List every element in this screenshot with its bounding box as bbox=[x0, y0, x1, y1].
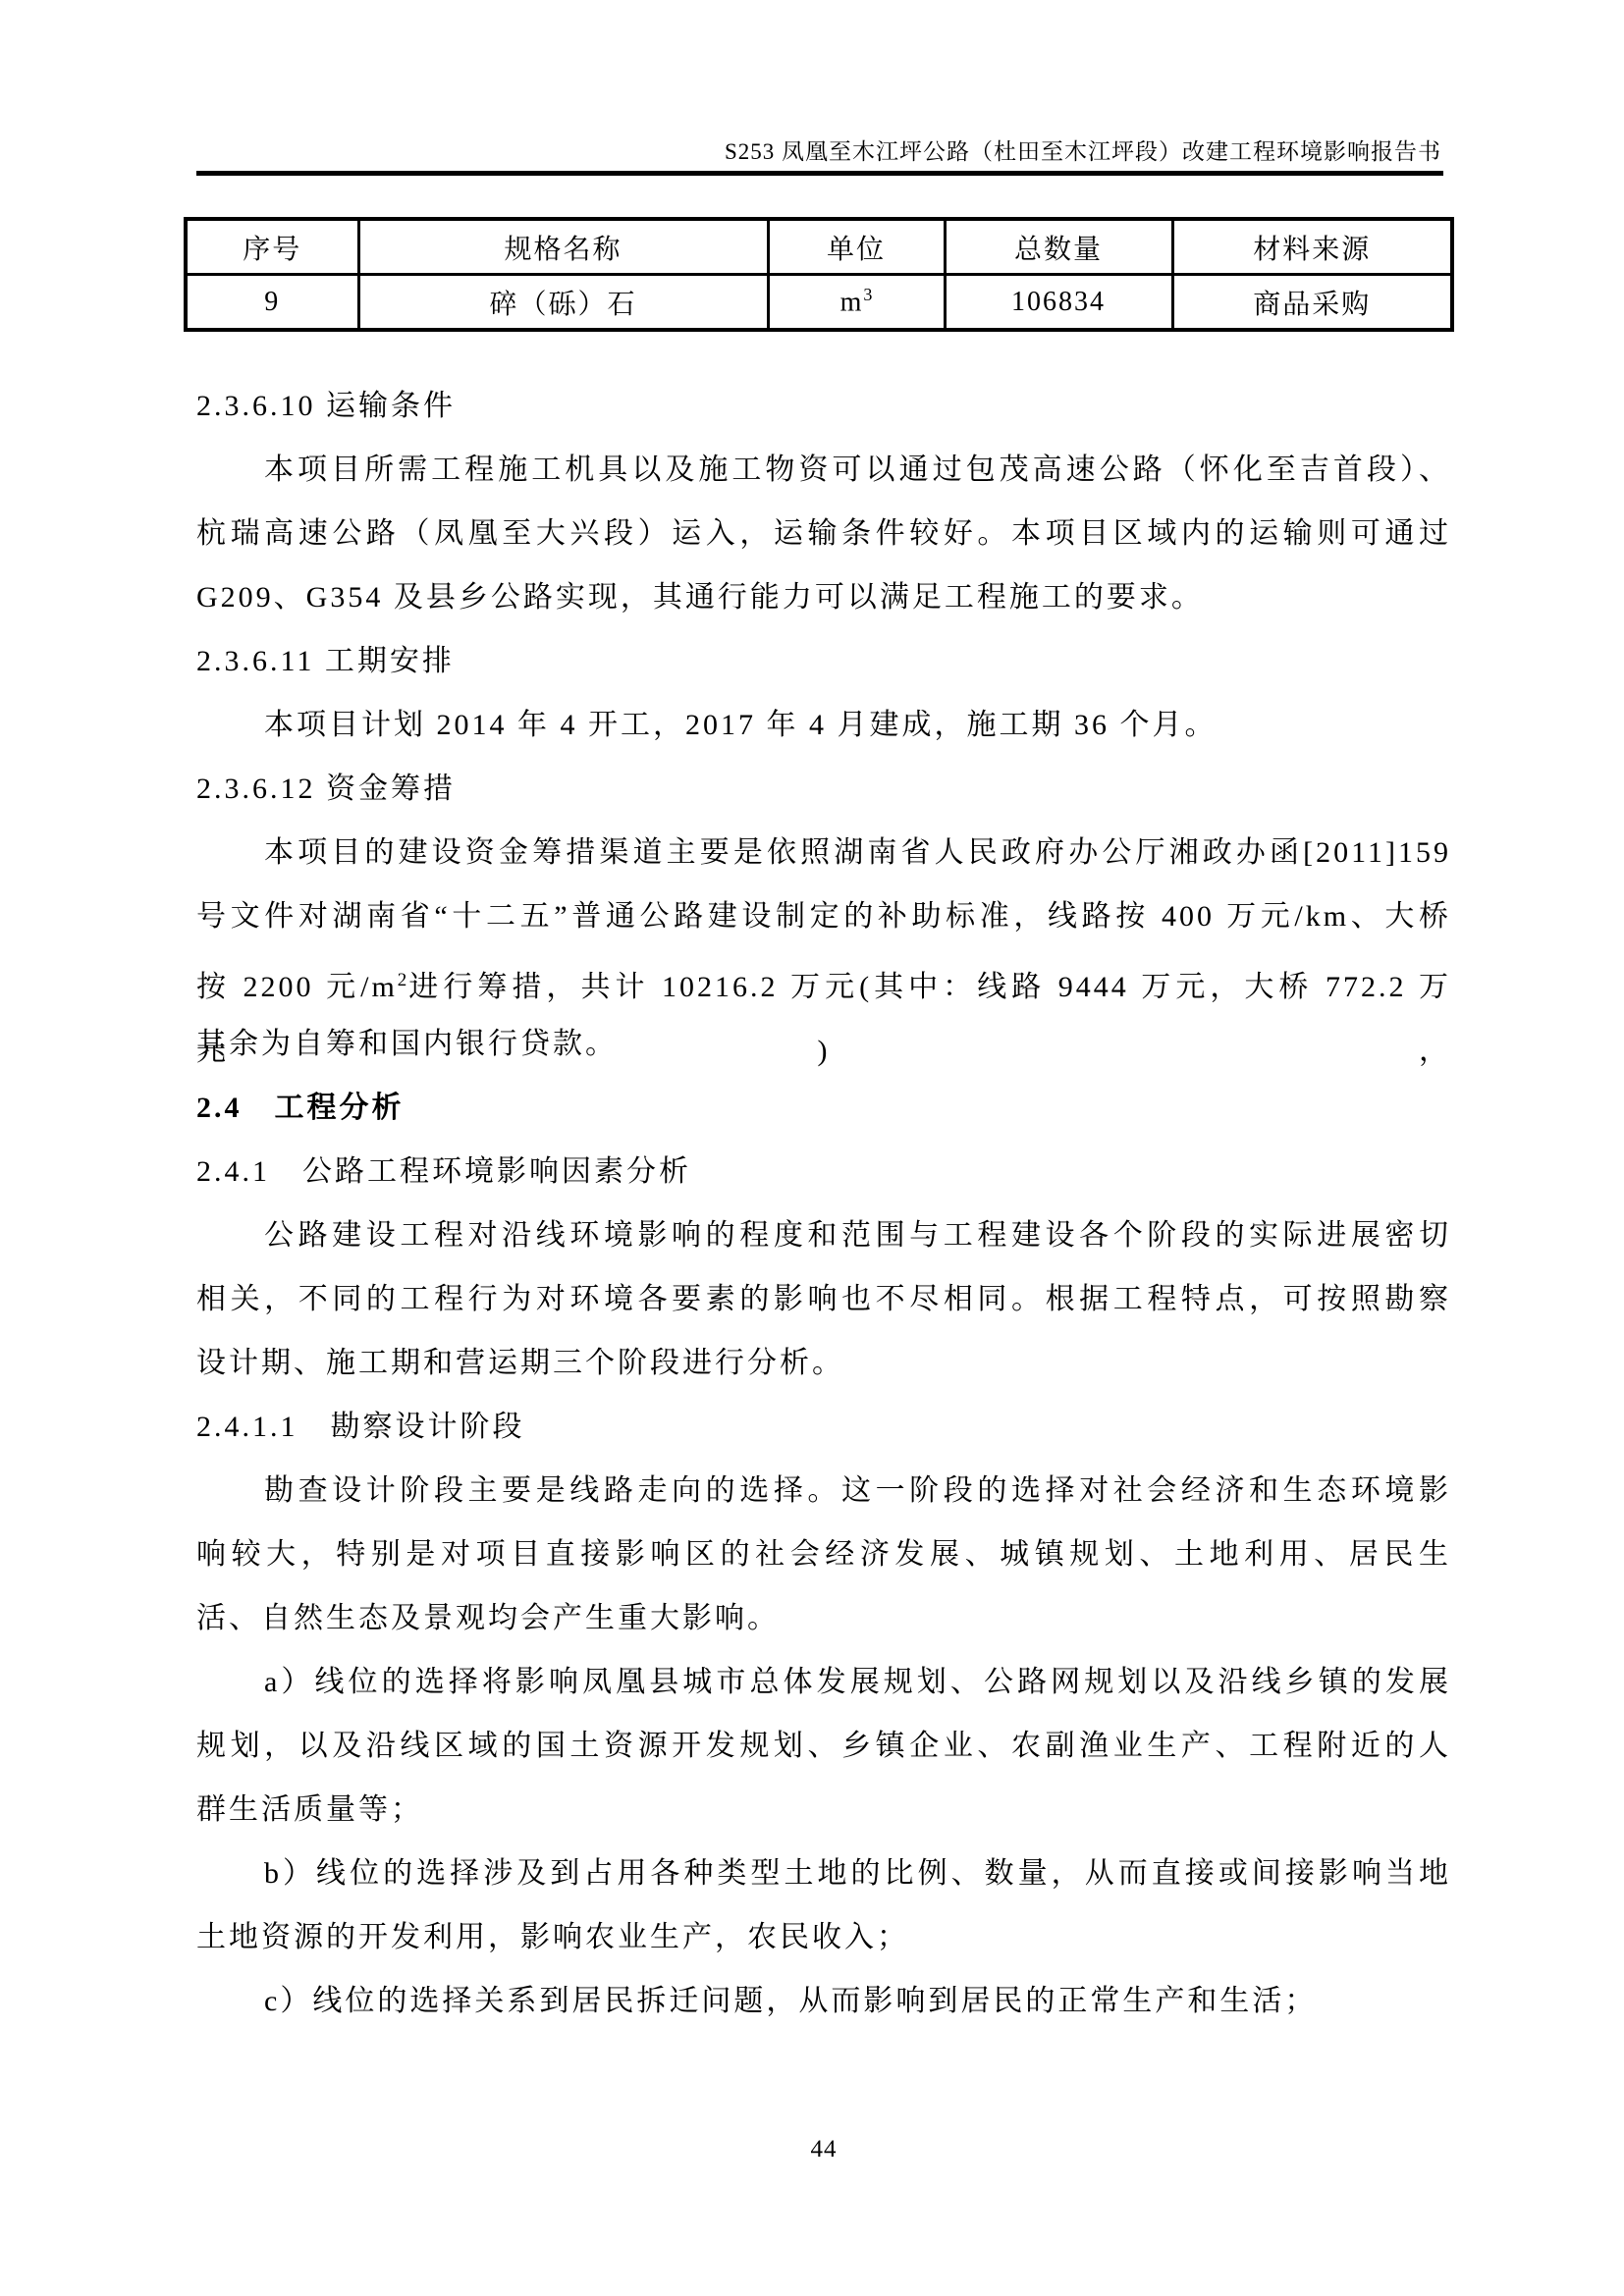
paragraph-line: 号文件对湖南省“十二五”普通公路建设制定的补助标准，线路按 400 万元/km、… bbox=[196, 884, 1451, 948]
list-item-b-line: b）线位的选择涉及到占用各种类型土地的比例、数量，从而直接或间接影响当地 bbox=[196, 1842, 1451, 1905]
cell-index: 9 bbox=[186, 275, 358, 331]
paragraph-line: 响较大，特别是对项目直接影响区的社会经济发展、城镇规划、土地利用、居民生 bbox=[196, 1522, 1451, 1586]
cell-quantity: 106834 bbox=[945, 275, 1172, 331]
list-item-c-line: c）线位的选择关系到居民拆迁问题，从而影响到居民的正常生产和生活； bbox=[196, 1969, 1451, 2033]
page-number: 44 bbox=[196, 2136, 1451, 2163]
paragraph-line: G209、G354 及县乡公路实现，其通行能力可以满足工程施工的要求。 bbox=[196, 565, 1451, 629]
paragraph-line: 勘查设计阶段主要是线路走向的选择。这一阶段的选择对社会经济和生态环境影 bbox=[196, 1459, 1451, 1522]
unit-base: m bbox=[840, 288, 864, 318]
paragraph-line: 相关，不同的工程行为对环境各要素的影响也不尽相同。根据工程特点，可按照勘察 bbox=[196, 1267, 1451, 1331]
unit-superscript: 3 bbox=[863, 285, 872, 304]
col-header-unit: 单位 bbox=[768, 219, 945, 275]
col-header-material-source: 材料来源 bbox=[1172, 219, 1452, 275]
paragraph-line: 本项目所需工程施工机具以及施工物资可以通过包茂高速公路（怀化至吉首段）、 bbox=[196, 438, 1451, 502]
cell-unit: m3 bbox=[768, 275, 945, 331]
square-meter-superscript: 2 bbox=[398, 970, 407, 990]
section-heading-2-3-6-12: 2.3.6.12 资金筹措 bbox=[196, 757, 1451, 821]
header-rule bbox=[196, 171, 1443, 176]
section-heading-2-3-6-11: 2.3.6.11 工期安排 bbox=[196, 629, 1451, 693]
section-heading-2-4: 2.4 工程分析 bbox=[196, 1076, 1451, 1140]
cell-source: 商品采购 bbox=[1172, 275, 1452, 331]
list-item-a-line: a）线位的选择将影响凤凰县城市总体发展规划、公路网规划以及沿线乡镇的发展 bbox=[196, 1650, 1451, 1714]
paragraph-line: 按 2200 元/m2进行筹措，共计 10216.2 万元(其中：线路 9444… bbox=[196, 948, 1451, 1012]
col-header-total-quantity: 总数量 bbox=[945, 219, 1172, 275]
col-header-spec-name: 规格名称 bbox=[358, 219, 768, 275]
paragraph-line: 土地资源的开发利用，影响农业生产，农民收入； bbox=[196, 1905, 1451, 1969]
col-header-index: 序号 bbox=[186, 219, 358, 275]
cell-spec-name: 碎（砾）石 bbox=[358, 275, 768, 331]
table-row: 9 碎（砾）石 m3 106834 商品采购 bbox=[186, 275, 1452, 331]
paragraph-line: 杭瑞高速公路（凤凰至大兴段）运入，运输条件较好。本项目区域内的运输则可通过 bbox=[196, 502, 1451, 565]
paragraph-line: 本项目的建设资金筹措渠道主要是依照湖南省人民政府办公厅湘政办函[2011]159 bbox=[196, 821, 1451, 884]
paragraph-line: 规划，以及沿线区域的国土资源开发规划、乡镇企业、农副渔业生产、工程附近的人 bbox=[196, 1714, 1451, 1778]
paragraph-line: 本项目计划 2014 年 4 开工，2017 年 4 月建成，施工期 36 个月… bbox=[196, 693, 1451, 757]
document-page: S253 凤凰至木江坪公路（杜田至木江坪段）改建工程环境影响报告书 序号 规格名… bbox=[0, 0, 1624, 2296]
paragraph-line: 群生活质量等； bbox=[196, 1778, 1451, 1842]
paragraph-line: 活、自然生态及景观均会产生重大影响。 bbox=[196, 1586, 1451, 1650]
section-heading-2-3-6-10: 2.3.6.10 运输条件 bbox=[196, 374, 1451, 438]
paragraph-line: 公路建设工程对沿线环境影响的程度和范围与工程建设各个阶段的实际进展密切 bbox=[196, 1203, 1451, 1267]
materials-table: 序号 规格名称 单位 总数量 材料来源 9 碎（砾）石 m3 106834 商品… bbox=[184, 217, 1454, 332]
line-text-pre: 按 2200 元/m bbox=[196, 971, 398, 1003]
table-header-row: 序号 规格名称 单位 总数量 材料来源 bbox=[186, 219, 1452, 275]
report-header-title: S253 凤凰至木江坪公路（杜田至木江坪段）改建工程环境影响报告书 bbox=[725, 133, 1441, 166]
paragraph-line: 设计期、施工期和营运期三个阶段进行分析。 bbox=[196, 1331, 1451, 1395]
section-heading-2-4-1: 2.4.1 公路工程环境影响因素分析 bbox=[196, 1140, 1451, 1203]
document-body: 2.3.6.10 运输条件 本项目所需工程施工机具以及施工物资可以通过包茂高速公… bbox=[196, 374, 1451, 2033]
section-heading-2-4-1-1: 2.4.1.1 勘察设计阶段 bbox=[196, 1395, 1451, 1459]
